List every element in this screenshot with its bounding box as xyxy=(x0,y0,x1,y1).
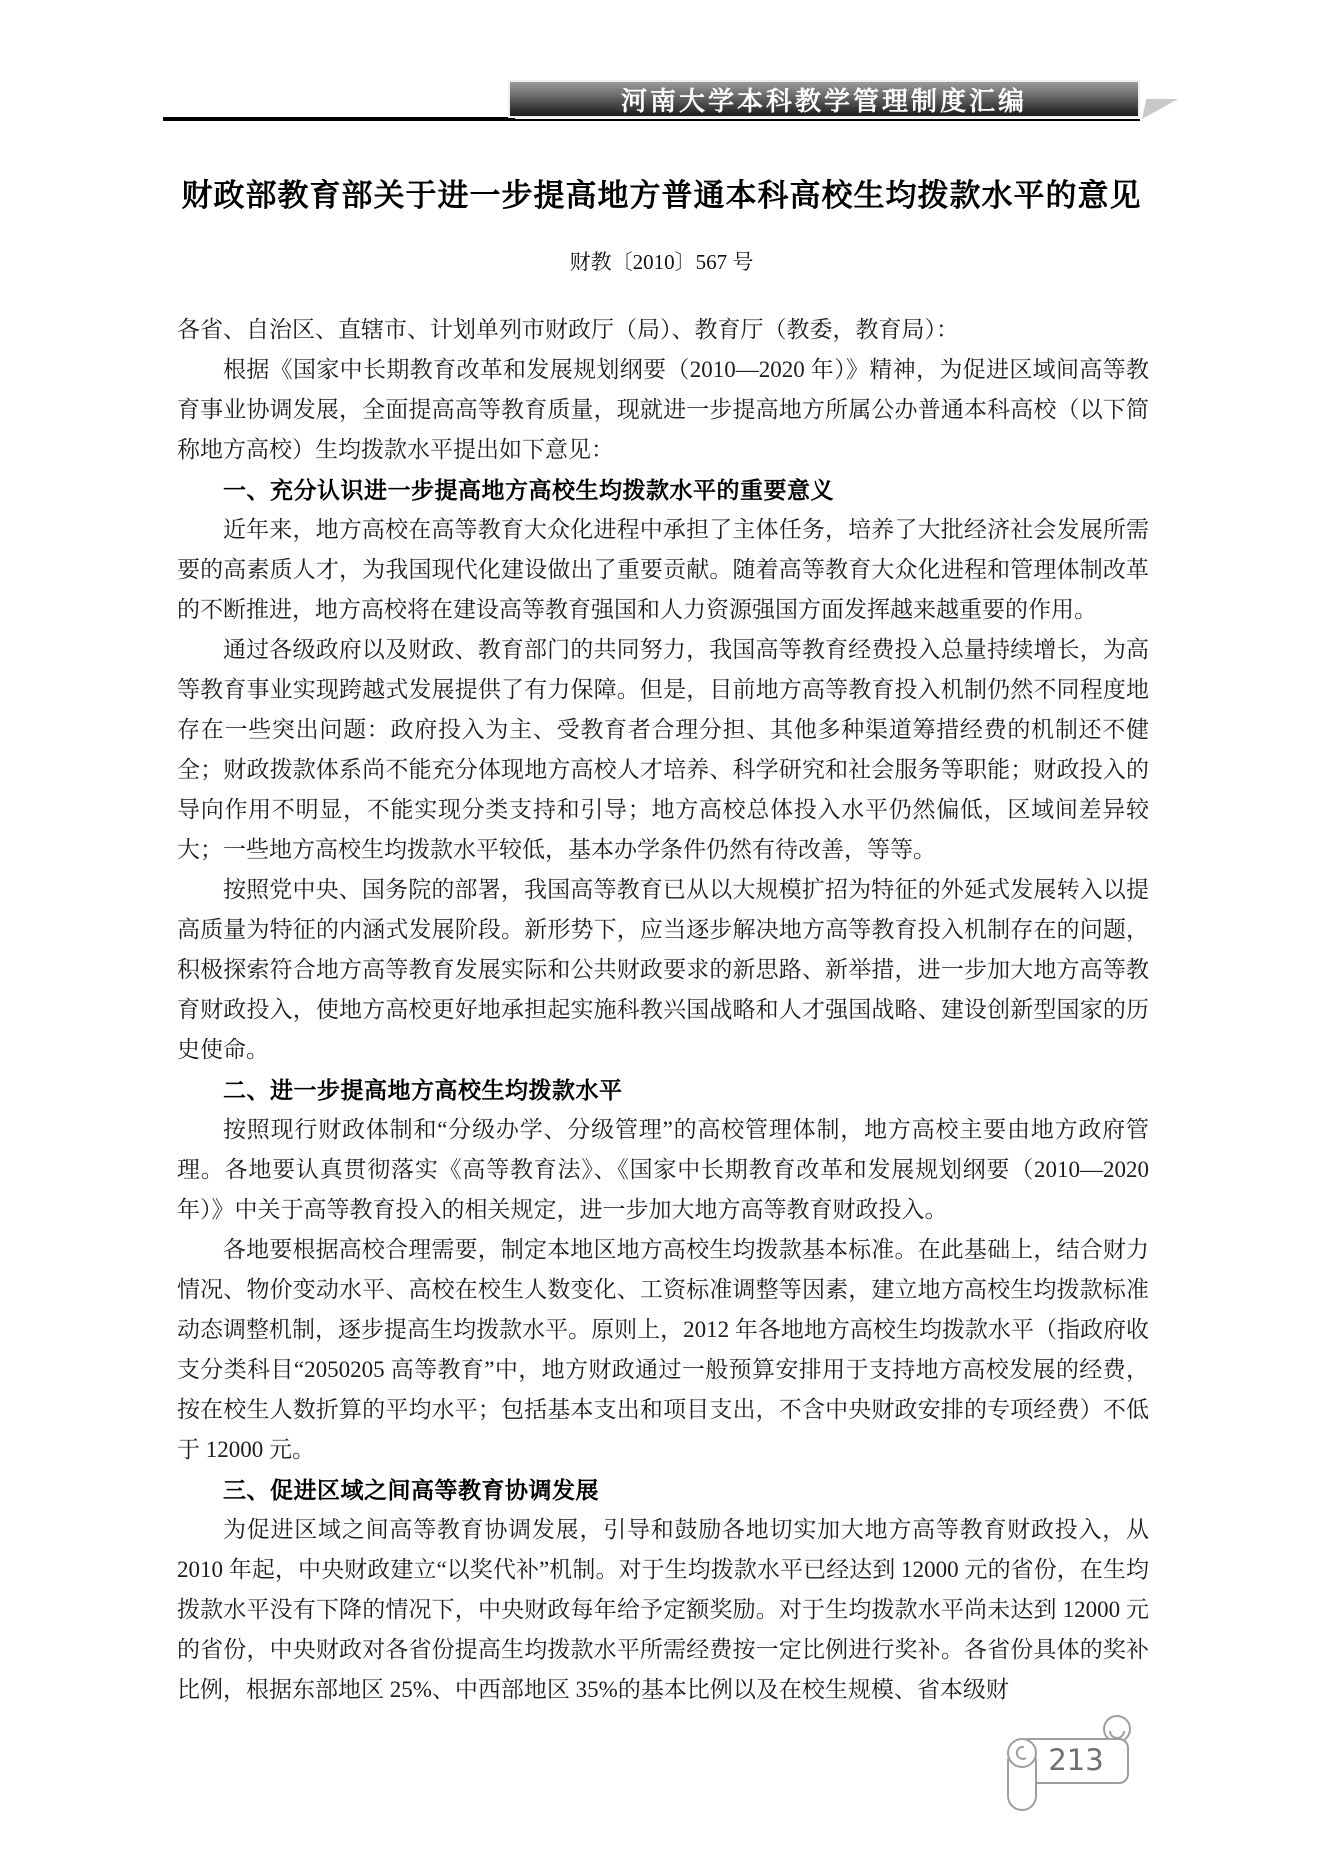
section-heading-1: 一、充分认识进一步提高地方高校生均拨款水平的重要意义 xyxy=(177,470,1149,510)
page-number: 213 xyxy=(1048,1743,1103,1777)
body-paragraph: 各地要根据高校合理需要，制定本地区地方高校生均拨款基本标准。在此基础上，结合财力… xyxy=(177,1230,1149,1470)
document-title: 财政部教育部关于进一步提高地方普通本科高校生均拨款水平的意见 xyxy=(0,170,1323,215)
salutation-line: 各省、自治区、直辖市、计划单列市财政厅（局）、教育厅（教委，教育局）： xyxy=(177,310,1149,350)
header-rule-thin xyxy=(515,119,1140,121)
scroll-banner-icon: 213 xyxy=(1000,1706,1140,1818)
section-heading-2: 二、进一步提高地方高校生均拨款水平 xyxy=(177,1070,1149,1110)
header-banner-text: 河南大学本科教学管理制度汇编 xyxy=(621,81,1027,118)
document-body: 各省、自治区、直辖市、计划单列市财政厅（局）、教育厅（教委，教育局）： 根据《国… xyxy=(177,310,1149,1710)
body-paragraph: 通过各级政府以及财政、教育部门的共同努力，我国高等教育经费投入总量持续增长，为高… xyxy=(177,630,1149,870)
body-paragraph: 按照党中央、国务院的部署，我国高等教育已从以大规模扩招为特征的外延式发展转入以提… xyxy=(177,870,1149,1070)
document-page: 河南大学本科教学管理制度汇编 财政部教育部关于进一步提高地方普通本科高校生均拨款… xyxy=(0,0,1323,1871)
body-paragraph: 为促进区域之间高等教育协调发展，引导和鼓励各地切实加大地方高等教育财政投入，从 … xyxy=(177,1510,1149,1710)
page-number-scroll: 213 xyxy=(1000,1706,1140,1818)
body-paragraph: 根据《国家中长期教育改革和发展规划纲要（2010—2020 年）》精神，为促进区… xyxy=(177,350,1149,470)
section-heading-3: 三、促进区域之间高等教育协调发展 xyxy=(177,1470,1149,1510)
body-paragraph: 近年来，地方高校在高等教育大众化进程中承担了主体任务，培养了大批经济社会发展所需… xyxy=(177,510,1149,630)
header-banner: 河南大学本科教学管理制度汇编 xyxy=(508,80,1140,118)
body-paragraph: 按照现行财政体制和“分级办学、分级管理”的高校管理体制，地方高校主要由地方政府管… xyxy=(177,1110,1149,1230)
document-number: 财教〔2010〕567 号 xyxy=(0,246,1323,276)
banner-arrow-decoration xyxy=(1142,99,1178,119)
header-rule-thick xyxy=(163,117,515,121)
